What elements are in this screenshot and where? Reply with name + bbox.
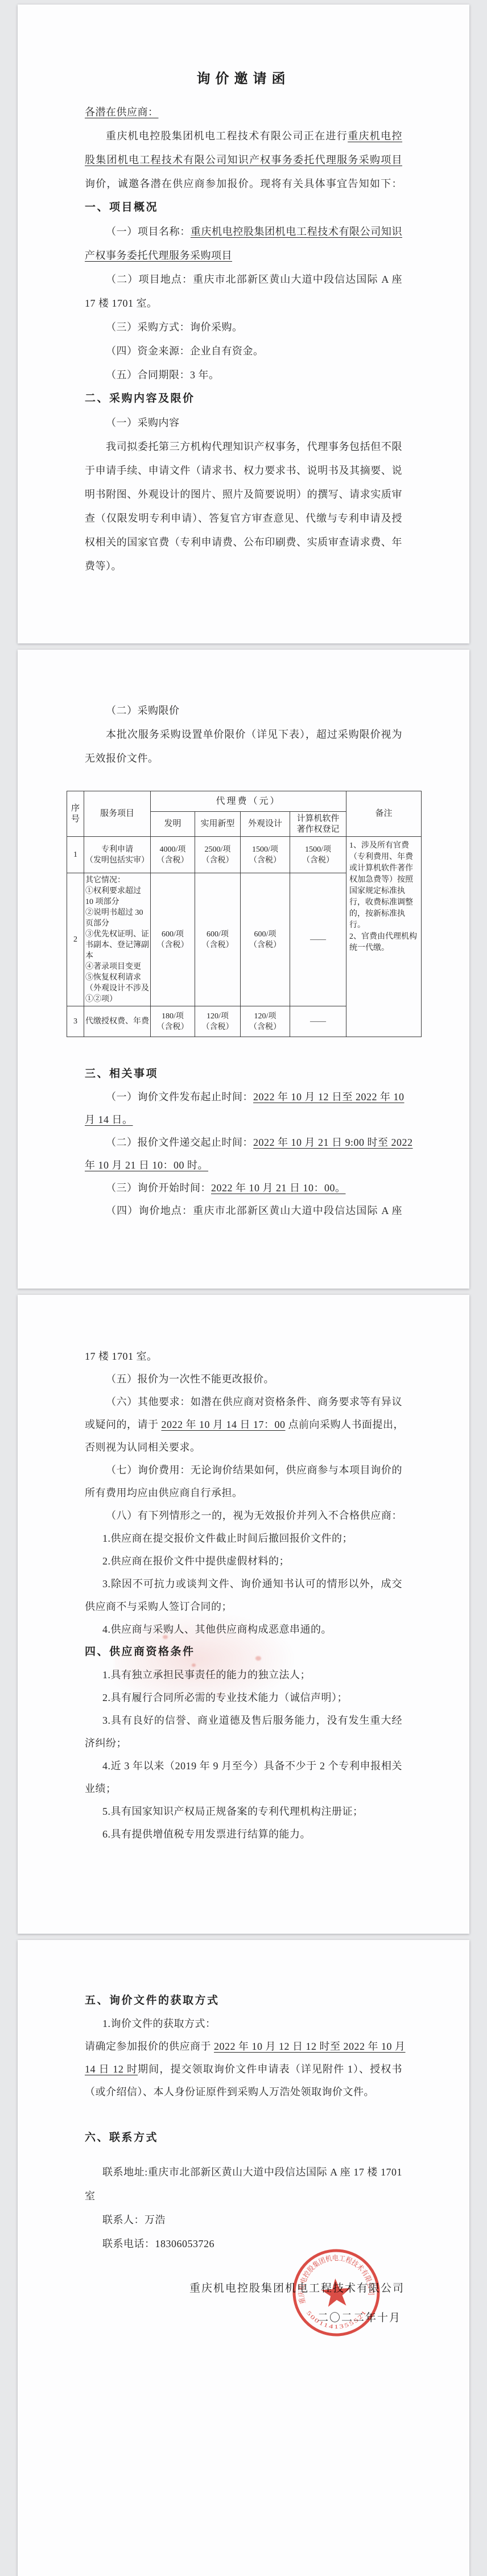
text: 所有费用均应由供应商自行承担。 [85,1487,243,1498]
text: （七）询价费用：无论询价结果如何，供应商参与本项目询价的 [106,1464,402,1476]
text: （二）报价文件递交起止时间： [106,1137,253,1148]
text: （五）报价为一次性不能更改报价。 [106,1373,274,1385]
text: 业绩； [85,1783,117,1794]
section-heading: 三、相关事项 [85,1063,402,1085]
fee-cell: 600/项 （含税） [241,873,290,1006]
service-item-cell: 其它情况： ①权利要求超过 10 项部分 ②说明书超过 30 页部分 ③优先权证… [84,873,151,1006]
text: 查（仅限发明专利申请）、答复官方审查意见、代缴与专利申请及授 [85,513,402,524]
underlined-text: 月 14 日。 [85,1114,133,1125]
doc-line: 无效报价文件。 [85,746,402,770]
doc-line: 17 楼 1701 室。 [85,291,402,315]
doc-line: （三）采购方式：询价采购。 [85,315,402,339]
table-header-cell: 发明 [151,812,195,837]
text: （三）采购方式：询价采购。 [106,321,243,333]
doc-line: 重庆机电控股集团机电工程技术有限公司正在进行重庆机电控 [85,124,402,148]
text: （八）有下列情形之一的，视为无效报价并列入不合格供应商： [106,1510,402,1521]
text: 联系地址:重庆市北部新区黄山大道中段信达国际 A 座 17 楼 1701 [102,2166,402,2178]
doc-line: 请确定参加报价的供应商于 2022 年 10 月 12 日 12 时至 2022… [85,2035,402,2058]
doc-line: 4.供应商与采购人、其他供应商构成恶意串通的。 [85,1618,402,1641]
doc-line: 月 14 日。 [85,1108,402,1131]
text: 供应商不与采购人签订合同的； [85,1601,232,1612]
text: 3.具有良好的信誉、商业道德及售后服务能力，没有发生重大经 [102,1715,402,1726]
text-block: 联系地址:重庆市北部新区黄山大道中段信达国际 A 座 17 楼 1701室联系人… [85,2160,402,2256]
doc-line: 3.除因不可抗力或谈判文件、询价通知书认可的情形以外，成交 [85,1572,402,1595]
text: 济纠纷； [85,1737,127,1749]
table-header-cell: 序号 [67,791,84,837]
text: 5.具有国家知识产权局正规备案的专利代理机构注册证； [102,1806,364,1817]
text: 4.供应商与采购人、其他供应商构成恶意串通的。 [102,1624,332,1635]
doc-line: 4.近 3 年以来（2019 年 9 月至今）具备不少于 2 个专利申报相关 [85,1755,402,1777]
doc-line: 联系电话：18306053726 [85,2232,402,2256]
table-header-cell: 代理费（元） [151,791,346,812]
text: 费等）。 [85,560,122,572]
row-number-cell: 3 [67,1006,84,1037]
text: （四）资金来源：企业自有资金。 [106,345,264,357]
scanned-document-viewer: 询价邀请函各潜在供应商：重庆机电控股集团机电工程技术有限公司正在进行重庆机电控股… [0,0,487,2576]
text: 询价邀请函 [197,72,291,86]
text: 四、供应商资格条件 [85,1646,195,1658]
star-icon [321,2277,352,2307]
text: 期间，提交领取询价文件申请表（详见附件 1）、授权书 [138,2063,402,2075]
doc-line: （二）报价文件递交起止时间：2022 年 10 月 21 日 9:00 时至 2… [85,1131,402,1154]
text: 1.询价文件的获取方式： [102,2018,216,2029]
text: 联系人：万浩 [102,2214,166,2226]
fee-cell: 600/项 （含税） [195,873,241,1006]
underlined-text: 各潜在供应商： [85,106,159,118]
document-page-2: （二）采购限价本批次服务采购设置单价限价（详见下表），超过采购限价视为无效报价文… [18,650,469,1289]
table-header-cell: 备注 [346,791,422,837]
remark-cell: 1、涉及所有官费（专利费用、年费或计算机软件著作权加急费等）按照国家规定标准执行… [346,837,422,1037]
underlined-text: 2022 年 10 月 12 日至 2022 年 10 [253,1091,405,1103]
fee-cell: 4000/项 （含税） [151,837,195,873]
text: （六）其他要求：如潜在供应商对资格条件、商务要求等有异议 [106,1396,402,1407]
text: 五、询价文件的获取方式 [85,1995,220,2007]
doc-line: （三）询价开始时间：2022 年 10 月 21 日 10：00。 [85,1176,402,1199]
text: 联系电话：18306053726 [102,2238,214,2249]
text: 三、相关事项 [85,1068,158,1080]
doc-line: 1.具有独立承担民事责任的能力的独立法人； [85,1663,402,1686]
doc-line: （五）合同期限：3 年。 [85,363,402,387]
doc-line: 否则视为认同相关要求。 [85,1436,402,1459]
doc-line: （四）资金来源：企业自有资金。 [85,339,402,363]
doc-line: （一）采购内容 [85,411,402,435]
section-heading: 六、联系方式 [85,2127,402,2149]
underlined-text: 股集团机电工程技术有限公司知识产权事务委托代理服务采购项目 [85,154,402,166]
fee-cell: 2500/项 （含税） [195,837,241,873]
doc-line: 费等）。 [85,554,402,578]
doc-line: 5.具有国家知识产权局正规备案的专利代理机构注册证； [85,1800,402,1823]
underlined-text: 2022 年 10 月 21 日 9:00 时至 2022 [253,1137,413,1148]
text: 6.具有提供增值税专用发票进行结算的能力。 [102,1828,311,1840]
doc-line: （四）询价地点：重庆市北部新区黄山大道中段信达国际 A 座 [85,1199,402,1222]
underlined-text: 产权事务委托代理服务采购项目 [85,250,232,261]
doc-line: （二）项目地点：重庆市北部新区黄山大道中段信达国际 A 座 [85,267,402,291]
text: 二、采购内容及限价 [85,393,195,404]
doc-line: 本批次服务采购设置单价限价（详见下表），超过采购限价视为 [85,723,402,746]
text: （四）询价地点：重庆市北部新区黄山大道中段信达国际 A 座 [106,1205,402,1216]
text: 明书附图、外观设计的图片、照片及简要说明）的撰写、请求实质审 [85,489,402,500]
text: （二）项目地点：重庆市北部新区黄山大道中段信达国际 A 座 [106,274,402,285]
fee-cell: —— [290,1006,346,1037]
doc-line: 14 日 12 时期间，提交领取询价文件申请表（详见附件 1）、授权书 [85,2058,402,2080]
doc-line: 17 楼 1701 室。 [85,1345,402,1368]
section-heading: 二、采购内容及限价 [85,387,402,411]
document-title: 询价邀请函 [85,67,402,91]
text-block: 三、相关事项（一）询价文件发布起止时间：2022 年 10 月 12 日至 20… [85,1063,402,1222]
fee-cell: —— [290,873,346,1006]
doc-line: 1.供应商在提交报价文件截止时间后撤回报价文件的； [85,1527,402,1550]
doc-line: （五）报价为一次性不能更改报价。 [85,1368,402,1390]
table-row: 1专利申请 （发明包括实审）4000/项 （含税）2500/项 （含税）1500… [67,837,422,873]
doc-line: 权相关的国家官费（专利申请费、公布印刷费、实质审查请求费、年 [85,530,402,554]
text: 我司拟委托第三方机构代理知识产权事务，代理事务包括但不限 [106,441,402,452]
text: 六、联系方式 [85,2132,158,2144]
doc-line: （二）采购限价 [85,699,402,723]
document-page-4: 重庆机电控股集团机电工程技术有限公司 二〇二二年十月 重庆机电控股集团机电工程技… [18,1940,469,2576]
doc-line: 询价，诚邀各潜在供应商参加报价。现将有关具体事宜告知如下： [85,172,402,196]
text: 于申请手续、申请文件（请求书、权力要求书、说明书及其摘要、说 [85,465,402,476]
section-heading: 五、询价文件的获取方式 [85,1989,402,2012]
underlined-text: 年 10 月 21 日 10：00 时。 [85,1159,208,1171]
underlined-text: 2022 年 10 月 14 日 17：00 [162,1419,286,1430]
doc-line: 所有费用均应由供应商自行承担。 [85,1481,402,1504]
text: 一、项目概况 [85,201,158,213]
doc-line: 1.询价文件的获取方式： [85,2012,402,2035]
doc-line: （一）项目名称：重庆机电控股集团机电工程技术有限公司知识 [85,220,402,243]
fee-cell: 600/项 （含税） [151,873,195,1006]
document-page-1: 询价邀请函各潜在供应商：重庆机电控股集团机电工程技术有限公司正在进行重庆机电控股… [18,5,469,643]
text: 2.具有履行合同所必需的专业技术能力（诚信声明）； [102,1692,348,1703]
text: 无效报价文件。 [85,753,159,764]
text: （或介绍信）、本人身份证原件到采购人万浩处领取询价文件。 [85,2086,374,2098]
text: 2.供应商在报价文件中提供虚假材料的； [102,1555,290,1567]
row-number-cell: 2 [67,873,84,1006]
text: （三）询价开始时间： [106,1182,211,1194]
text: 权相关的国家官费（专利申请费、公布印刷费、实质审查请求费、年 [85,536,402,548]
doc-line: 明书附图、外观设计的图片、照片及简要说明）的撰写、请求实质审 [85,482,402,506]
text: （一）项目名称： [106,226,191,237]
text: 室 [85,2190,96,2202]
document-page-3: 17 楼 1701 室。（五）报价为一次性不能更改报价。（六）其他要求：如潜在供… [18,1295,469,1934]
doc-line: 2.具有履行合同所必需的专业技术能力（诚信声明）； [85,1686,402,1709]
pricing-table: 序号服务项目代理费（元）备注发明实用新型外观设计计算机软件 著作权登记1专利申请… [67,791,422,1037]
table-header-cell: 实用新型 [195,812,241,837]
table-header-cell: 计算机软件 著作权登记 [290,812,346,837]
text: 或疑问的，请于 [85,1419,162,1430]
text: 点前向采购人书面提出， [286,1419,405,1430]
text: 本批次服务采购设置单价限价（详见下表），超过采购限价视为 [106,729,402,740]
underlined-text: 2022 年 10 月 21 日 10：00。 [211,1182,346,1194]
row-number-cell: 1 [67,837,84,873]
doc-line: 年 10 月 21 日 10：00 时。 [85,1154,402,1176]
text-block: 六、联系方式 [85,2127,402,2149]
section-heading: 一、项目概况 [85,196,402,220]
doc-line: （或介绍信）、本人身份证原件到采购人万浩处领取询价文件。 [85,2080,402,2103]
doc-line: 联系地址:重庆市北部新区黄山大道中段信达国际 A 座 17 楼 1701 [85,2160,402,2184]
text: 1.具有独立承担民事责任的能力的独立法人； [102,1669,311,1681]
text: （一）采购内容 [106,417,180,428]
doc-line: （八）有下列情形之一的，视为无效报价并列入不合格供应商： [85,1504,402,1527]
doc-line: 股集团机电工程技术有限公司知识产权事务委托代理服务采购项目 [85,148,402,172]
doc-line: 6.具有提供增值税专用发票进行结算的能力。 [85,1823,402,1846]
text-block: 17 楼 1701 室。（五）报价为一次性不能更改报价。（六）其他要求：如潜在供… [85,1345,402,1846]
text: 1.供应商在提交报价文件截止时间后撤回报价文件的； [102,1533,353,1544]
doc-line: 室 [85,2184,402,2208]
text-block: 询价邀请函 [85,67,402,91]
doc-line: 或疑问的，请于 2022 年 10 月 14 日 17：00 点前向采购人书面提… [85,1413,402,1436]
fee-cell: 120/项 （含税） [195,1006,241,1037]
table-header-cell: 服务项目 [84,791,151,837]
company-seal: 重庆机电控股集团机电工程技术有限公司 5001141355521 [288,2244,385,2342]
text: （五）合同期限：3 年。 [106,369,220,381]
doc-line: （七）询价费用：无论询价结果如何，供应商参与本项目询价的 [85,1459,402,1481]
doc-line: （六）其他要求：如潜在供应商对资格条件、商务要求等有异议 [85,1390,402,1413]
doc-line: 供应商不与采购人签订合同的； [85,1595,402,1618]
underlined-text: 重庆机电控股集团机电工程技术有限公司知识 [191,226,402,237]
fee-cell: 1500/项 （含税） [290,837,346,873]
doc-line: 产权事务委托代理服务采购项目 [85,243,402,267]
doc-line: 联系人：万浩 [85,2208,402,2232]
doc-line: 于申请手续、申请文件（请求书、权力要求书、说明书及其摘要、说 [85,459,402,482]
text: 询价，诚邀各潜在供应商参加报价。现将有关具体事宜告知如下： [85,178,402,189]
text: （一）询价文件发布起止时间： [106,1091,253,1103]
text: 请确定参加报价的供应商于 [85,2041,214,2052]
doc-line: 各潜在供应商： [85,100,402,124]
underlined-text: 重庆机电控 [348,130,402,142]
text-block: 各潜在供应商：重庆机电控股集团机电工程技术有限公司正在进行重庆机电控股集团机电工… [85,100,402,578]
service-item-cell: 代缴授权费、年费 [84,1006,151,1037]
text: 17 楼 1701 室。 [85,298,158,309]
text: 否则视为认同相关要求。 [85,1442,201,1453]
text: 3.除因不可抗力或谈判文件、询价通知书认可的情形以外，成交 [102,1578,402,1590]
fee-cell: 120/项 （含税） [241,1006,290,1037]
text: （二）采购限价 [106,705,180,716]
doc-line: 济纠纷； [85,1732,402,1755]
doc-line: 2.供应商在报价文件中提供虚假材料的； [85,1550,402,1572]
service-item-cell: 专利申请 （发明包括实审） [84,837,151,873]
text: 重庆机电控股集团机电工程技术有限公司正在进行 [106,130,348,142]
text-block: 五、询价文件的获取方式1.询价文件的获取方式：请确定参加报价的供应商于 2022… [85,1989,402,2103]
doc-line: （一）询价文件发布起止时间：2022 年 10 月 12 日至 2022 年 1… [85,1085,402,1108]
underlined-text: 14 日 12 时 [85,2063,138,2075]
doc-line: 我司拟委托第三方机构代理知识产权事务，代理事务包括但不限 [85,435,402,459]
doc-line: 业绩； [85,1777,402,1800]
fee-cell: 180/项 （含税） [151,1006,195,1037]
underlined-text: 2022 年 10 月 12 日 12 时至 2022 年 10 月 [214,2041,406,2052]
text: 4.近 3 年以来（2019 年 9 月至今）具备不少于 2 个专利申报相关 [102,1760,402,1772]
doc-line: 查（仅限发明专利申请）、答复官方审查意见、代缴与专利申请及授 [85,506,402,530]
text: 17 楼 1701 室。 [85,1351,158,1362]
table-header-cell: 外观设计 [241,812,290,837]
fee-cell: 1500/项 （含税） [241,837,290,873]
doc-line: 3.具有良好的信誉、商业道德及售后服务能力，没有发生重大经 [85,1709,402,1732]
section-heading: 四、供应商资格条件 [85,1641,402,1663]
text-block: （二）采购限价本批次服务采购设置单价限价（详见下表），超过采购限价视为无效报价文… [85,699,402,770]
